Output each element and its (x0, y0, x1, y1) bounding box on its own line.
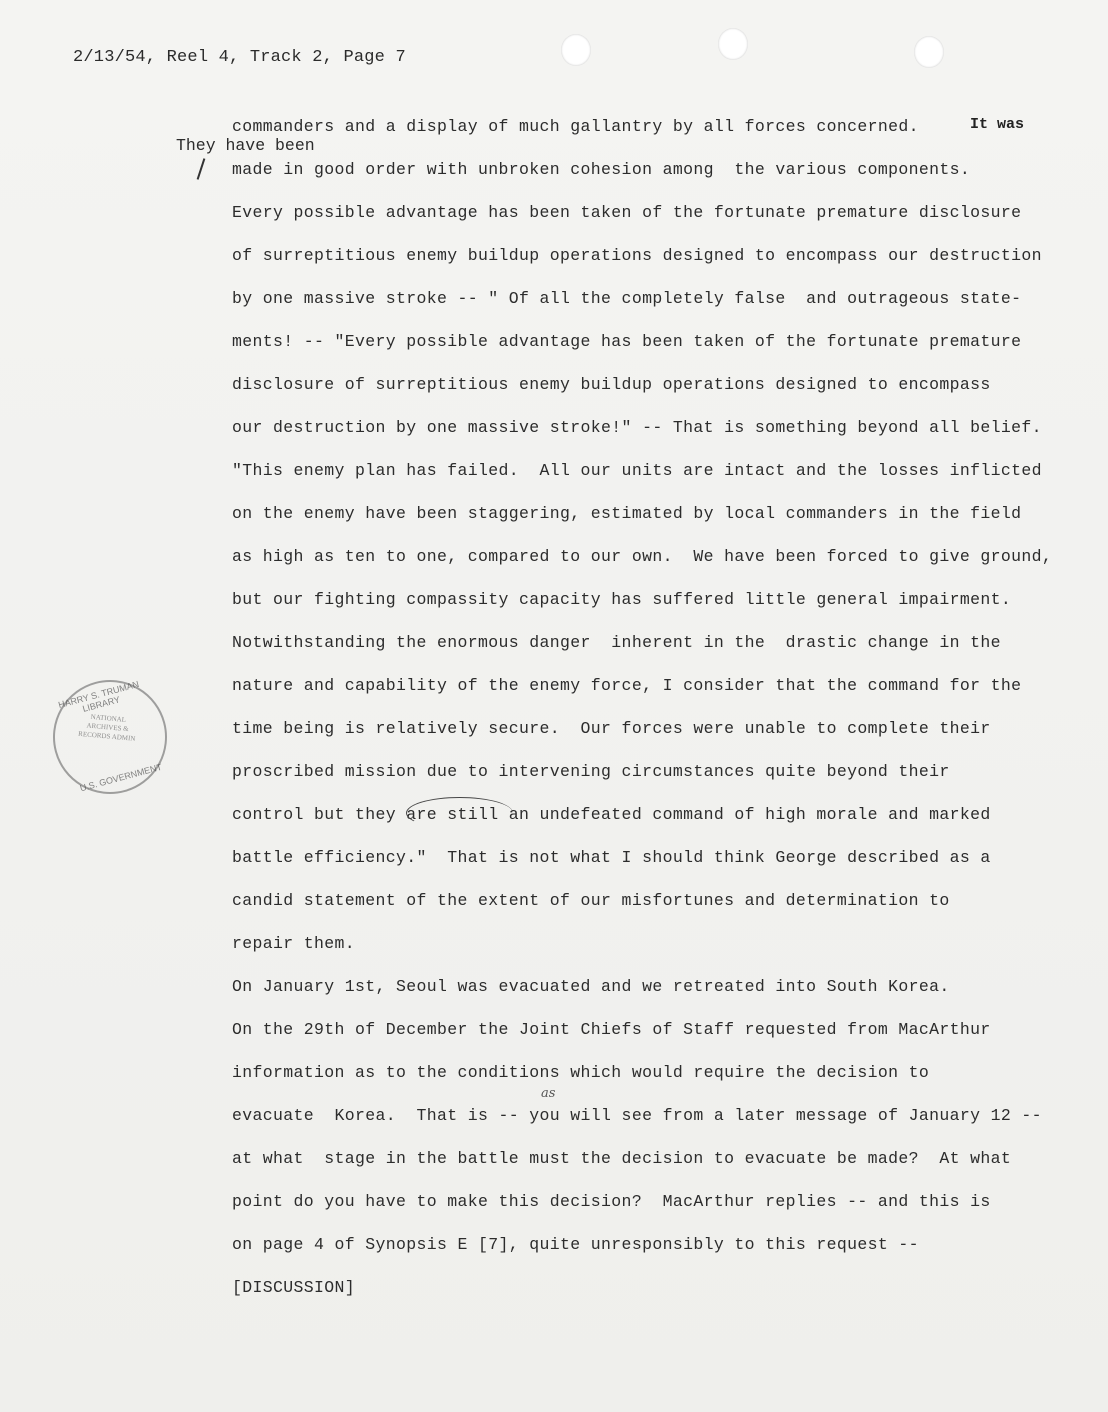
punch-hole (718, 28, 748, 60)
text-line: but our fighting compassity capacity has… (232, 590, 1011, 609)
struck-text: It was (970, 116, 1024, 133)
circle-mark (406, 797, 513, 829)
stamp-center-text: NATIONAL ARCHIVES & RECORDS ADMIN (73, 711, 141, 744)
text-line: information as to the conditions which w… (232, 1063, 929, 1082)
text-line: battle efficiency." That is not what I s… (232, 848, 991, 867)
text-line: made in good order with unbroken cohesio… (232, 160, 970, 179)
text-line: by one massive stroke -- " Of all the co… (232, 289, 1021, 308)
text-line: [DISCUSSION] (232, 1278, 355, 1297)
text-line: candid statement of the extent of our mi… (232, 891, 950, 910)
text-line: repair them. (232, 934, 355, 953)
text-line: "This enemy plan has failed. All our uni… (232, 461, 1042, 480)
text-line: evacuate Korea. That is -- you will see … (232, 1106, 1042, 1125)
text-line: On the 29th of December the Joint Chiefs… (232, 1020, 991, 1039)
document-page: 2/13/54, Reel 4, Track 2, Page 7 They ha… (0, 0, 1108, 1412)
page-reference-header: 2/13/54, Reel 4, Track 2, Page 7 (73, 48, 406, 67)
text-line: on page 4 of Synopsis E [7], quite unres… (232, 1235, 919, 1254)
text-line: Notwithstanding the enormous danger inhe… (232, 633, 1001, 652)
text-line: Every possible advantage has been taken … (232, 203, 1021, 222)
insert-caret-mark (197, 158, 206, 180)
text-line: nature and capability of the enemy force… (232, 676, 1021, 695)
text-line: on the enemy have been staggering, estim… (232, 504, 1021, 523)
text-line: time being is relatively secure. Our for… (232, 719, 991, 738)
text-line: at what stage in the battle must the dec… (232, 1149, 1011, 1168)
text-line: On January 1st, Seoul was evacuated and … (232, 977, 950, 996)
punch-hole (914, 36, 944, 68)
text-line: commanders and a display of much gallant… (232, 117, 919, 136)
text-line: control but they are still an undefeated… (232, 805, 991, 824)
text-line: our destruction by one massive stroke!" … (232, 418, 1042, 437)
text-line: as high as ten to one, compared to our o… (232, 547, 1052, 566)
stamp-bottom-text: U.S. GOVERNMENT (76, 761, 166, 794)
text-line: point do you have to make this decision?… (232, 1192, 991, 1211)
text-line: disclosure of surreptitious enemy buildu… (232, 375, 991, 394)
archive-stamp: HARRY S. TRUMAN LIBRARY NATIONAL ARCHIVE… (40, 667, 180, 807)
text-line: ments! -- "Every possible advantage has … (232, 332, 1021, 351)
margin-insert: They have been (176, 136, 315, 155)
punch-hole (561, 34, 591, 66)
text-line: proscribed mission due to intervening ci… (232, 762, 950, 781)
handwritten-insert: as (541, 1086, 555, 1101)
text-line: of surreptitious enemy buildup operation… (232, 246, 1042, 265)
